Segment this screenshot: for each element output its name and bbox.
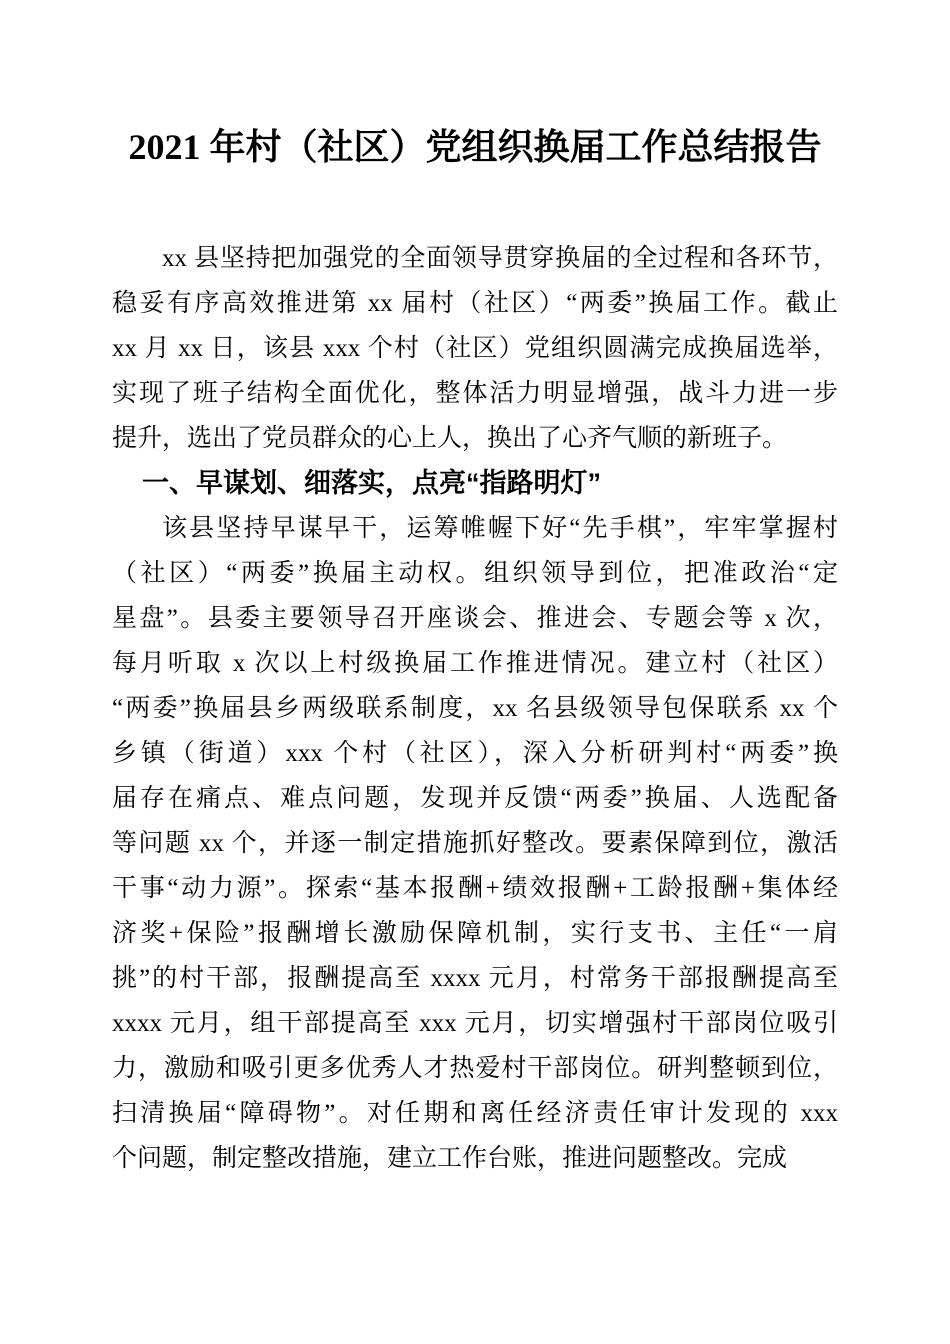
text-line: 该县坚持早谋早干，运筹帷幄下好“先手棋”，牢牢掌握村 [112, 506, 838, 551]
text-line: 扫清换届“障碍物”。对任期和离任经济责任审计发现的 xxx [112, 1091, 838, 1136]
text-line: xx 县坚持把加强党的全面领导贯穿换届的全过程和各环节， [112, 236, 838, 281]
text-line: 届存在痛点、难点问题，发现并反馈“两委”换届、人选配备 [112, 776, 838, 821]
text-line: 等问题 xx 个，并逐一制定措施抓好整改。要素保障到位，激活 [112, 821, 838, 866]
text-line: 干事“动力源”。探索“基本报酬+绩效报酬+工龄报酬+集体经 [112, 866, 838, 911]
text-line: 挑”的村干部，报酬提高至 xxxx 元月，村常务干部报酬提高至 [112, 956, 838, 1001]
text-line: 星盘”。县委主要领导召开座谈会、推进会、专题会等 x 次， [112, 596, 838, 641]
text-line: 提升，选出了党员群众的心上人，换出了心齐气顺的新班子。 [112, 416, 838, 461]
text-line: 每月听取 x 次以上村级换届工作推进情况。建立村（社区） [112, 641, 838, 686]
text-line: xxxx 元月，组干部提高至 xxx 元月，切实增强村干部岗位吸引 [112, 1001, 838, 1046]
text-line: 实现了班子结构全面优化，整体活力明显增强，战斗力进一步 [112, 371, 838, 416]
section-heading: 一、早谋划、细落实，点亮“指路明灯” [112, 461, 838, 506]
text-line: 稳妥有序高效推进第 xx 届村（社区）“两委”换届工作。截止 [112, 281, 838, 326]
paragraph: xx 县坚持把加强党的全面领导贯穿换届的全过程和各环节，稳妥有序高效推进第 xx… [112, 236, 838, 461]
text-line: xx 月 xx 日，该县 xxx 个村（社区）党组织圆满完成换届选举， [112, 326, 838, 371]
text-line: 一、早谋划、细落实，点亮“指路明灯” [112, 461, 838, 506]
text-line: 乡镇（街道）xxx 个村（社区），深入分析研判村“两委”换 [112, 731, 838, 776]
paragraph: 该县坚持早谋早干，运筹帷幄下好“先手棋”，牢牢掌握村（社区）“两委”换届主动权。… [112, 506, 838, 1181]
text-line: 力，激励和吸引更多优秀人才热爱村干部岗位。研判整顿到位， [112, 1046, 838, 1091]
document-title: 2021 年村（社区）党组织换届工作总结报告 [112, 0, 838, 172]
text-line: 个问题，制定整改措施，建立工作台账，推进问题整改。完成 [112, 1136, 838, 1181]
text-line: （社区）“两委”换届主动权。组织领导到位，把准政治“定 [112, 551, 838, 596]
document-content: 2021 年村（社区）党组织换届工作总结报告 xx 县坚持把加强党的全面领导贯穿… [112, 0, 838, 1181]
document-body: xx 县坚持把加强党的全面领导贯穿换届的全过程和各环节，稳妥有序高效推进第 xx… [112, 236, 838, 1181]
document-page: 2021 年村（社区）党组织换届工作总结报告 xx 县坚持把加强党的全面领导贯穿… [0, 0, 950, 1344]
text-line: 济奖+保险”报酬增长激励保障机制，实行支书、主任“一肩 [112, 911, 838, 956]
text-line: “两委”换届县乡两级联系制度，xx 名县级领导包保联系 xx 个 [112, 686, 838, 731]
